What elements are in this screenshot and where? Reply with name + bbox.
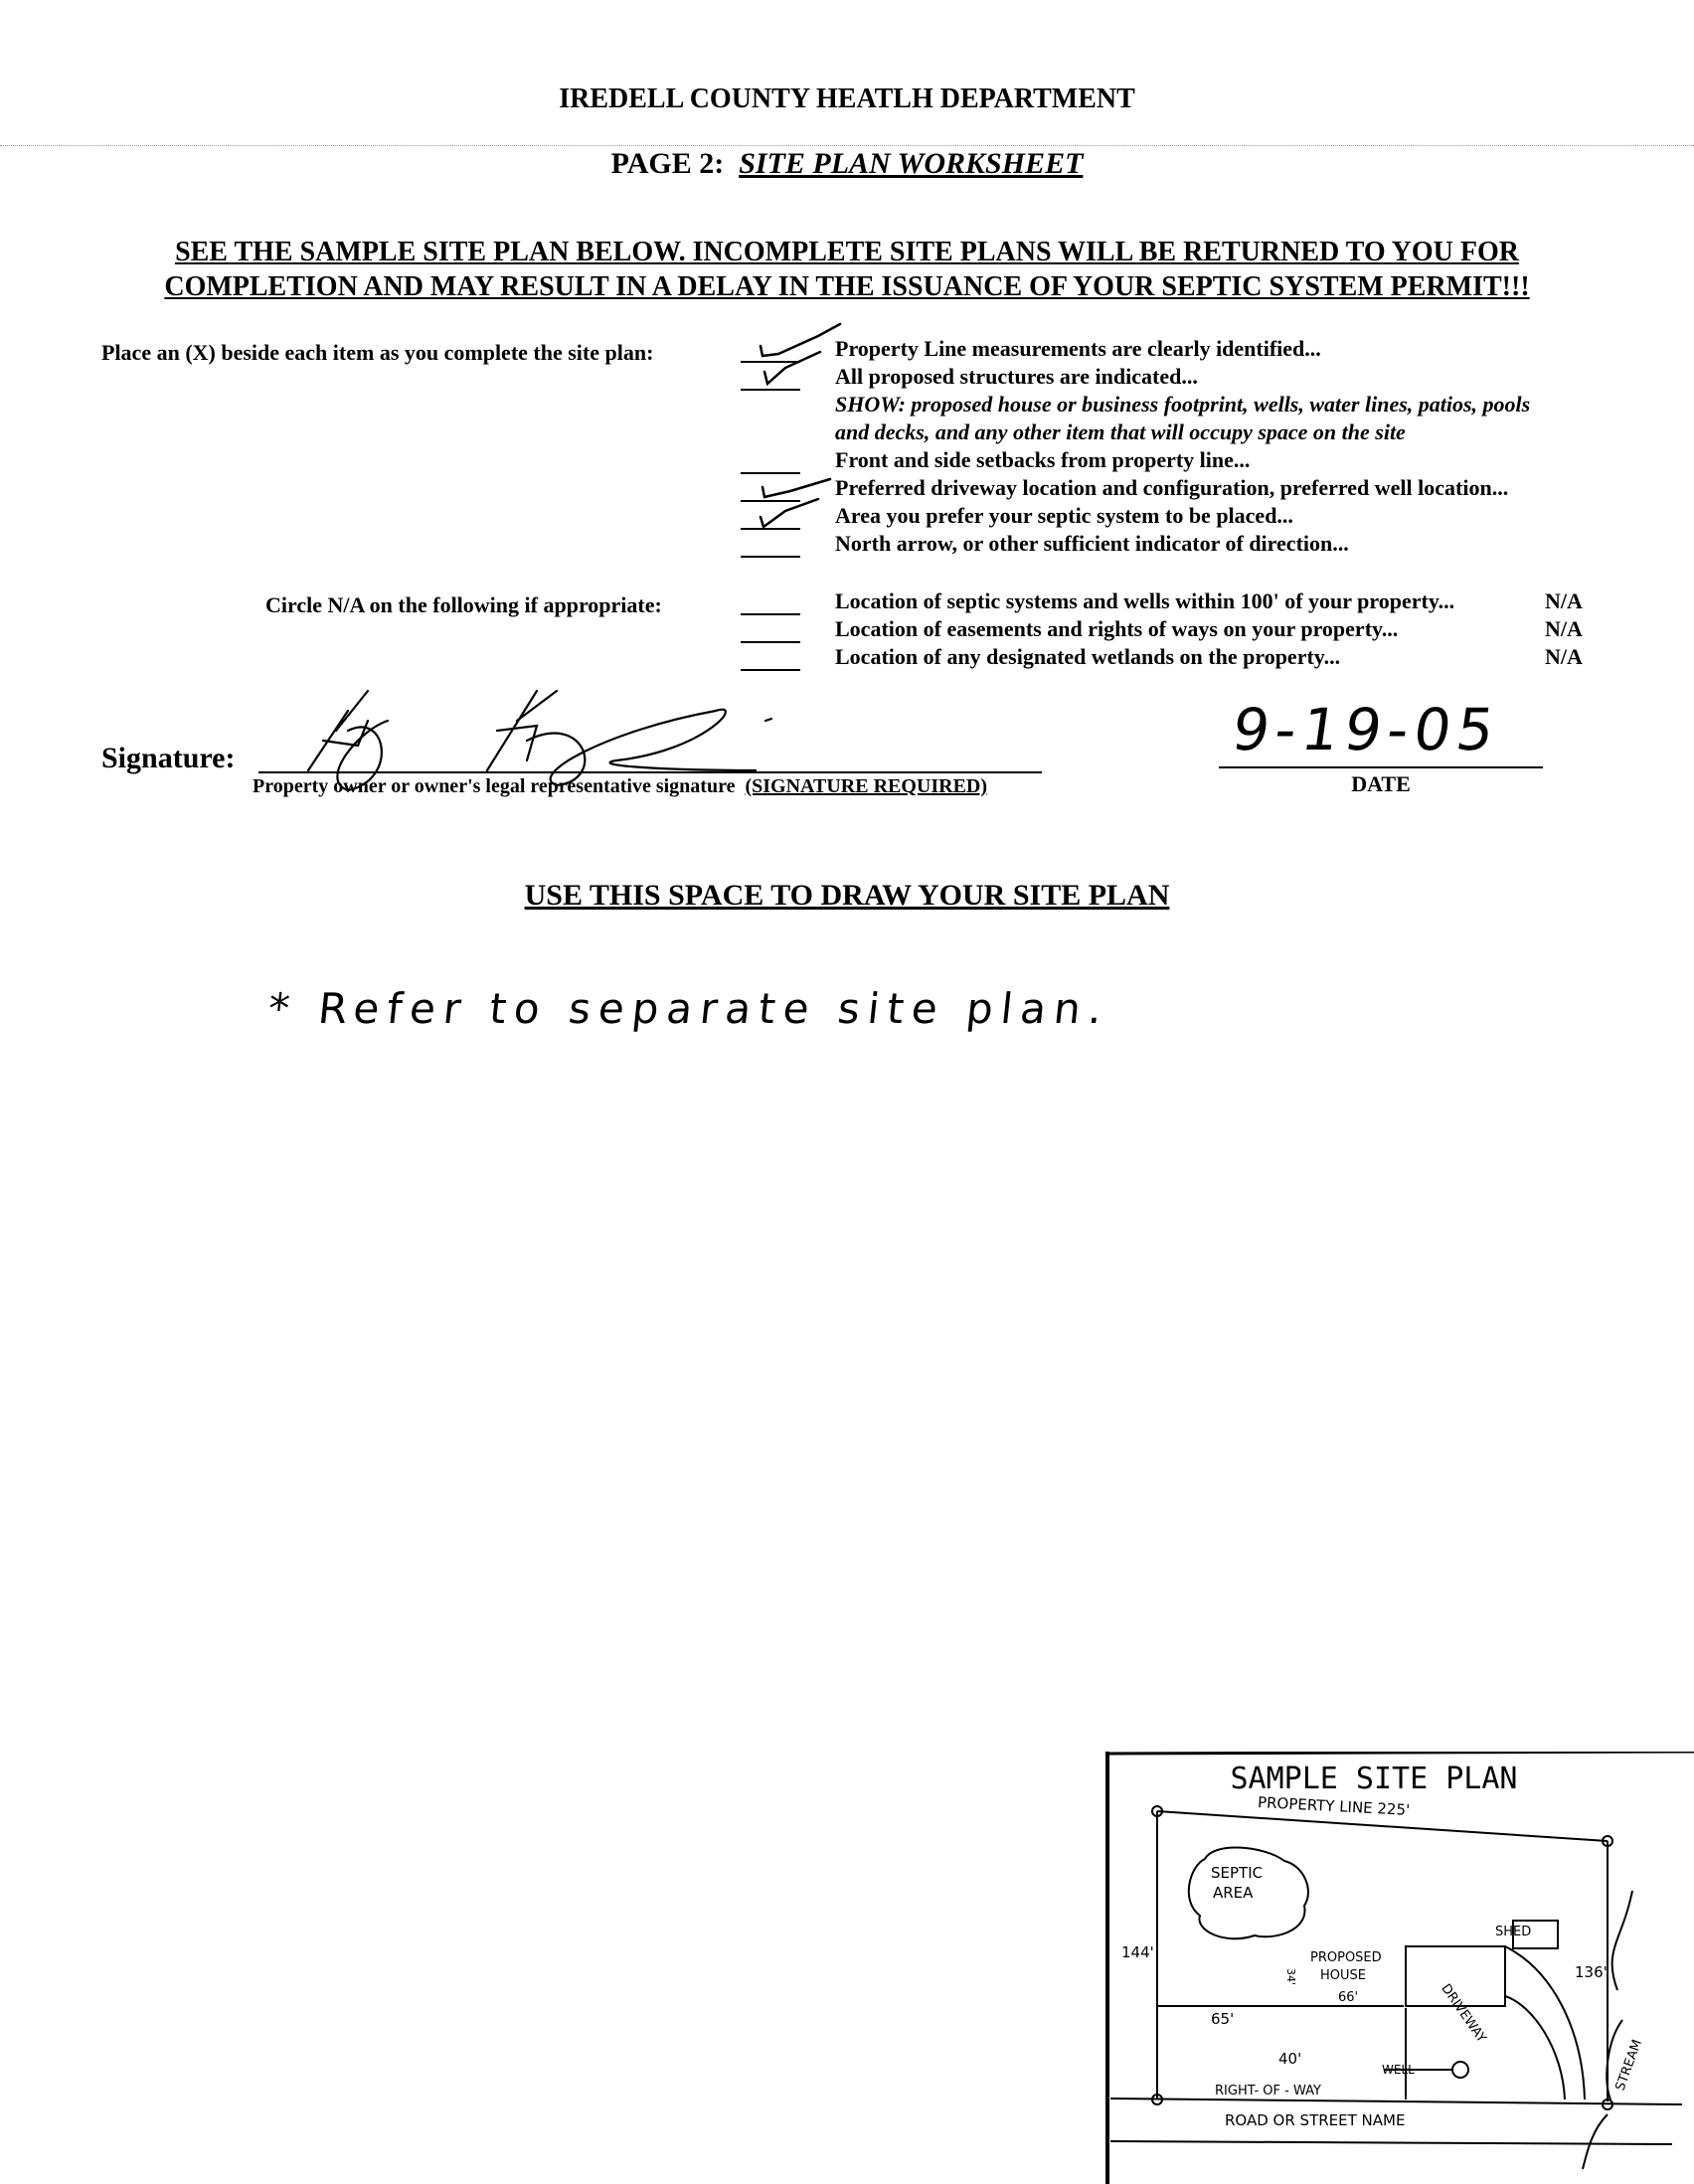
side-setback-label: 65'	[1211, 2010, 1234, 2028]
checklist-item: Area you prefer your septic system to be…	[835, 503, 1293, 529]
right-side-label: 136'	[1575, 1963, 1608, 1981]
checklist-note: and decks, and any other item that will …	[835, 420, 1406, 445]
divider	[0, 145, 1694, 146]
front-setback-label: 40'	[1278, 2050, 1301, 2068]
shed-label: SHED	[1495, 1925, 1531, 1939]
date-label: DATE	[1219, 771, 1543, 797]
septic-label-2: AREA	[1213, 1884, 1253, 1902]
checkbox-blank[interactable]	[741, 641, 800, 643]
na-option[interactable]: N/A	[1545, 616, 1583, 642]
checklist-note: SHOW: proposed house or business footpri…	[835, 392, 1530, 418]
house-label-1: PROPOSED	[1310, 1950, 1382, 1965]
signature-caption-text: Property owner or owner's legal represen…	[253, 775, 735, 797]
warning-notice: SEE THE SAMPLE SITE PLAN BELOW. INCOMPLE…	[0, 235, 1694, 304]
site-plan-header: USE THIS SPACE TO DRAW YOUR SITE PLAN	[0, 879, 1694, 913]
na-option[interactable]: N/A	[1545, 588, 1583, 614]
septic-label-1: SEPTIC	[1211, 1864, 1263, 1882]
road-label: ROAD OR STREET NAME	[1225, 2111, 1405, 2129]
warning-line-2: COMPLETION AND MAY RESULT IN A DELAY IN …	[0, 269, 1694, 304]
signature-required: (SIGNATURE REQUIRED)	[745, 775, 987, 797]
date-line	[1219, 766, 1543, 768]
handwritten-note: * Refer to separate site plan.	[265, 984, 1111, 1033]
house-width-label: 66'	[1338, 1990, 1358, 2005]
sample-plan-title: SAMPLE SITE PLAN	[1105, 1762, 1642, 1796]
house-depth-label: 34'	[1284, 1968, 1297, 1985]
checklist-item: All proposed structures are indicated...	[835, 364, 1198, 390]
na-option[interactable]: N/A	[1545, 644, 1583, 670]
checklist-item: Property Line measurements are clearly i…	[835, 336, 1321, 362]
checklist-item: Front and side setbacks from property li…	[835, 447, 1250, 473]
house-label-2: HOUSE	[1320, 1968, 1366, 1983]
date-value[interactable]: 9-19-05	[1228, 696, 1504, 763]
department-title: IREDELL COUNTY HEATLH DEPARTMENT	[0, 84, 1694, 115]
na-item: Location of septic systems and wells wit…	[835, 588, 1454, 614]
left-side-label: 144'	[1121, 1943, 1154, 1961]
na-instruction: Circle N/A on the following if appropria…	[265, 592, 662, 618]
signature-label: Signature:	[101, 742, 235, 775]
page-title-text: SITE PLAN WORKSHEET	[739, 147, 1083, 180]
page-title: PAGE 2: SITE PLAN WORKSHEET	[0, 147, 1694, 181]
checklist-instruction: Place an (X) beside each item as you com…	[101, 340, 653, 366]
signature-caption: Property owner or owner's legal represen…	[253, 775, 987, 798]
well-label: WELL	[1382, 2063, 1415, 2077]
right-of-way-label: RIGHT- OF - WAY	[1215, 2084, 1321, 2099]
warning-line-1: SEE THE SAMPLE SITE PLAN BELOW. INCOMPLE…	[0, 235, 1694, 269]
checkbox-blank[interactable]	[741, 613, 800, 615]
na-item: Location of easements and rights of ways…	[835, 616, 1398, 642]
checklist-item: North arrow, or other sufficient indicat…	[835, 531, 1349, 557]
checkmarks-icon	[741, 316, 850, 575]
page-label: PAGE 2:	[611, 147, 725, 180]
na-item: Location of any designated wetlands on t…	[835, 644, 1340, 670]
checklist-item: Preferred driveway location and configur…	[835, 475, 1508, 501]
